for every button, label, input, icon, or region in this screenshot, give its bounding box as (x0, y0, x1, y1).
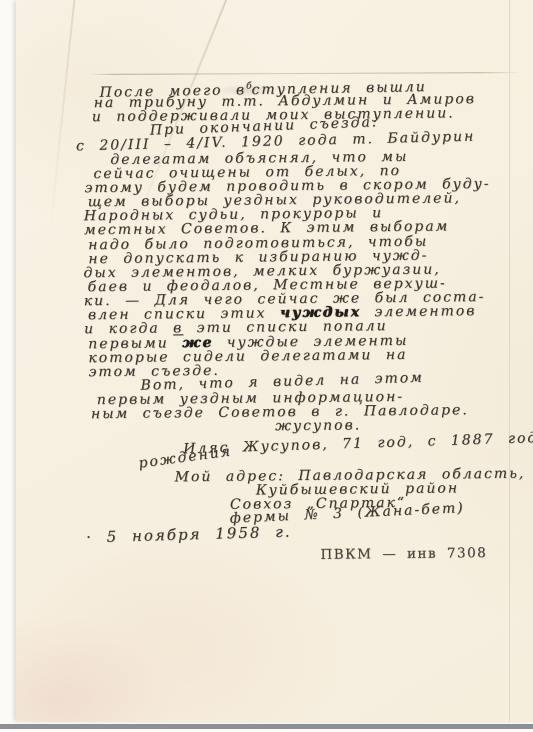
superscript-correction: б (246, 81, 252, 91)
paper-crease-left (49, 0, 76, 233)
manuscript-line: ПВКМ — инв 7308 (320, 545, 526, 561)
paper-sheet: После моего вбступления вышлина трибуну … (16, 0, 533, 722)
handwritten-text-block: После моего вбступления вышлина трибуну … (75, 78, 526, 564)
faint-pencil-line (90, 72, 522, 75)
scanner-edge-band (0, 724, 533, 729)
scanned-page: После моего вбступления вышлина трибуну … (0, 0, 533, 732)
